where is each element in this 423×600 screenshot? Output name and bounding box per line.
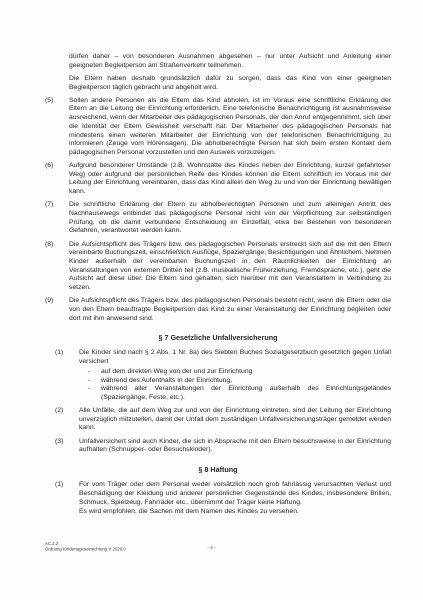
item-text: Alle Unfälle, die auf dem Weg zur und vo…	[79, 407, 391, 433]
bullet-item: - während des Aufenthalts in der Einrich…	[79, 377, 391, 386]
s7-item-2: (2) Alle Unfälle, die auf dem Weg zur un…	[55, 407, 391, 433]
item-number: (6)	[45, 162, 69, 197]
item-number: (2)	[55, 407, 79, 433]
s7-item-3: (3) Unfallversichert sind auch Kinder, d…	[55, 438, 391, 455]
item-number: (9)	[45, 297, 69, 323]
item-body: Für vom Träger oder dem Personal weder v…	[79, 481, 391, 516]
item-text: Aufgrund besonderer Umstände (z.B. Wohns…	[69, 162, 391, 197]
bullet-list: - auf dem direkten Weg von der und zur E…	[79, 368, 391, 403]
item-number: (1)	[55, 349, 79, 402]
document-page: dürfen daher – von besonderen Ausnahmen …	[0, 0, 423, 600]
item-number: (5)	[45, 97, 69, 158]
intro-paragraph-1: dürfen daher – von besonderen Ausnahmen …	[69, 53, 391, 70]
dash-marker: -	[88, 385, 101, 402]
item-number: (1)	[55, 481, 79, 516]
list-item-7: (7) Die schriftliche Erklärung der Elter…	[45, 201, 391, 236]
section-heading-paragraph-7: § 7 Gesetzliche Unfallversicherung	[45, 333, 391, 342]
page-number: - 4 -	[53, 546, 370, 551]
bullet-item: - während aller Veranstaltungen der Einr…	[79, 385, 391, 402]
item-text: Die Aufsichtspflicht des Trägers bzw. de…	[69, 297, 391, 323]
item-text: Sollen andere Personen als die Eltern da…	[69, 97, 391, 158]
s7-item-1: (1) Die Kinder sind nach § 2 Abs. 1 Nr. …	[55, 349, 391, 402]
item-text: Die Kinder sind nach § 2 Abs. 1 Nr. 8a) …	[79, 349, 391, 366]
s8-item-1: (1) Für vom Träger oder dem Personal wed…	[55, 481, 391, 516]
item-body: Die Kinder sind nach § 2 Abs. 1 Nr. 8a) …	[79, 349, 391, 402]
item-note: Es wird empfohlen, die Sachen mit dem Na…	[79, 508, 391, 517]
dash-marker: -	[88, 368, 101, 377]
intro-paragraph-2: Die Eltern haben deshalb grundsätzlich d…	[69, 75, 391, 92]
bullet-text: auf dem direkten Weg von der und zur Ein…	[101, 368, 391, 377]
item-number: (3)	[55, 438, 79, 455]
list-item-9: (9) Die Aufsichtspflicht des Trägers bzw…	[45, 297, 391, 323]
bullet-text: während aller Veranstaltungen der Einric…	[101, 385, 391, 402]
bullet-item: - auf dem direkten Weg von der und zur E…	[79, 368, 391, 377]
item-text: Die schriftliche Erklärung der Eltern zu…	[69, 201, 391, 236]
section-heading-paragraph-8: § 8 Haftung	[45, 465, 391, 474]
list-item-6: (6) Aufgrund besonderer Umstände (z.B. W…	[45, 162, 391, 197]
bullet-text: während des Aufenthalts in der Einrichtu…	[101, 377, 391, 386]
item-text: Die Aufsichtspflicht des Trägers bzw. de…	[69, 241, 391, 293]
page-content: dürfen daher – von besonderen Ausnahmen …	[45, 53, 391, 521]
item-number: (8)	[45, 241, 69, 293]
list-item-5: (5) Sollen andere Personen als die Elter…	[45, 97, 391, 158]
list-item-8: (8) Die Aufsichtspflicht des Trägers bzw…	[45, 241, 391, 293]
dash-marker: -	[88, 377, 101, 386]
item-number: (7)	[45, 201, 69, 236]
item-text: Unfallversichert sind auch Kinder, die s…	[79, 438, 391, 455]
item-text: Für vom Träger oder dem Personal weder v…	[79, 481, 391, 507]
